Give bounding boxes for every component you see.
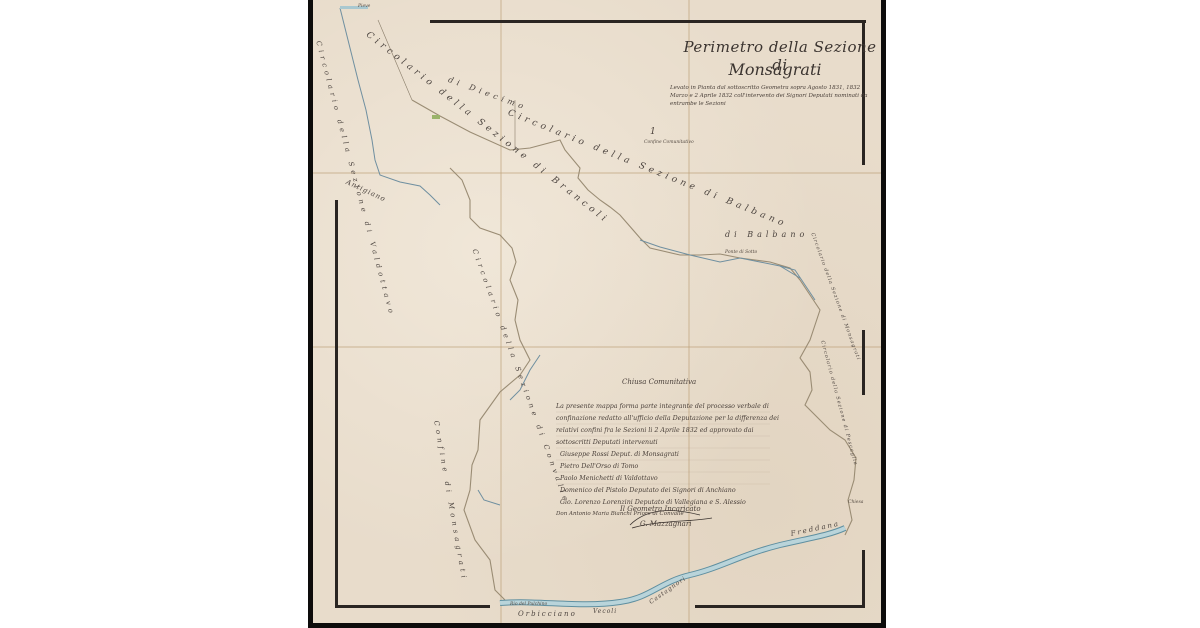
- note-line: Paolo Menichetti di Valdottavo: [560, 475, 658, 482]
- boundary-perimeter: [412, 100, 856, 600]
- note-line: Pietro Dell'Orso di Tomo: [560, 463, 638, 470]
- north-marker: 1: [650, 127, 656, 137]
- compass-label: Confine Comunitativo: [644, 140, 694, 145]
- note-line: Giuseppe Rossi Deput. di Monsagrati: [560, 451, 679, 458]
- freddana-river-edge: [500, 528, 845, 604]
- ruled-lines: [556, 412, 770, 484]
- map-title-place: Monsagrati: [705, 60, 845, 79]
- note-line: La presente mappa forma parte integrante…: [556, 403, 769, 410]
- place-label: Ponte di Sotto: [725, 250, 757, 255]
- place-label: Rio del Pulchino: [510, 602, 547, 607]
- signature-name: G. Mazzagnari: [640, 520, 691, 528]
- notes-heading: Chiusa Comunitativa: [622, 378, 696, 386]
- note-line: confinazione redatto all'ufficio della D…: [556, 415, 779, 422]
- region-label: Orbicciano: [518, 610, 577, 618]
- place-label: Pieve: [358, 4, 370, 9]
- building-marker: [432, 115, 440, 119]
- map-subtitle: Levato in Pianta dal sottoscritto Geomet…: [670, 84, 870, 108]
- region-label: Vecoli: [593, 608, 617, 615]
- map-drawing: [0, 0, 1200, 628]
- signature-title: Il Geometra Incaricato: [620, 505, 701, 513]
- note-line: relativi confini fra le Sezioni li 2 Apr…: [556, 427, 754, 434]
- place-label: Chiesa: [848, 500, 863, 505]
- note-line: sottoscritti Deputati intervenuti: [556, 439, 658, 446]
- region-label: di Balbano: [725, 230, 808, 239]
- note-line: Domenico del Pistolo Deputato dei Signor…: [560, 487, 736, 494]
- image-viewer: Perimetro della Sezione di Monsagrati Le…: [0, 0, 1200, 628]
